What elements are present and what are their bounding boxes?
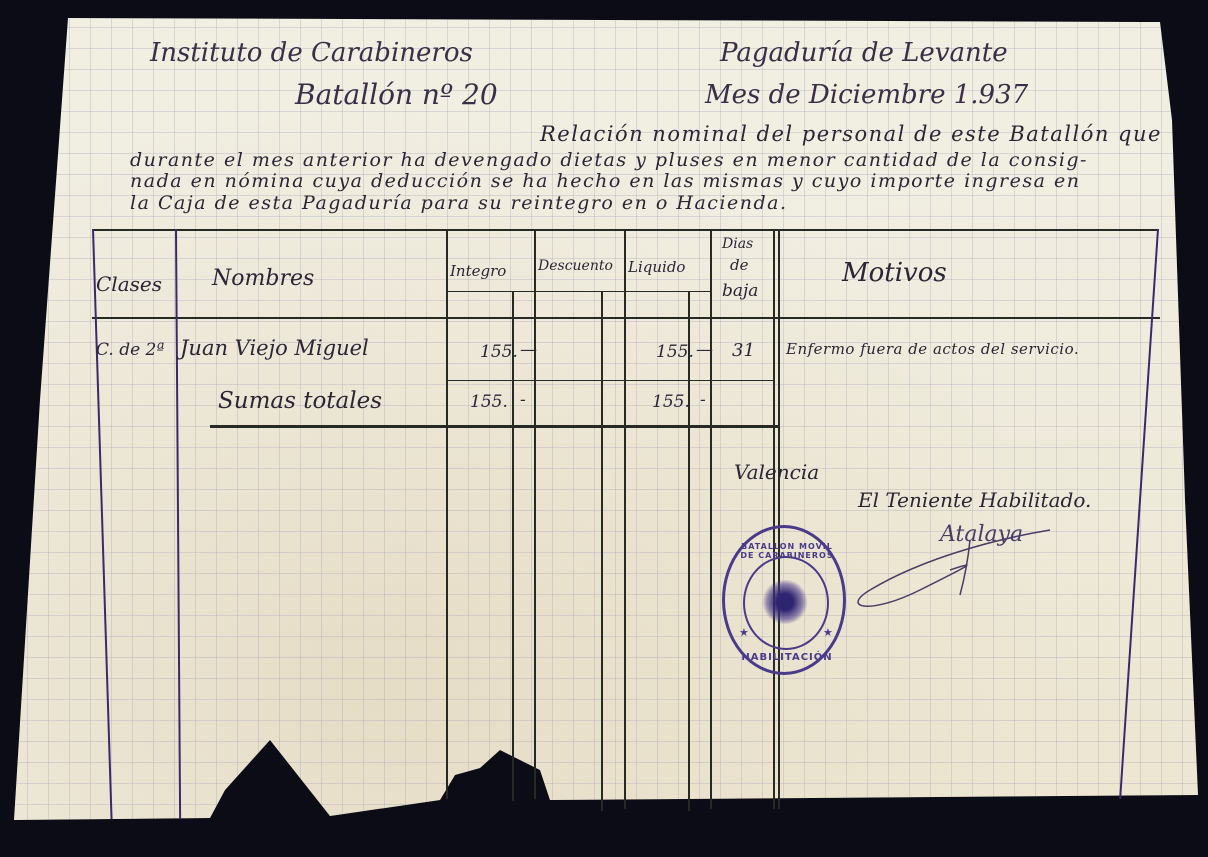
stamp-star-right-icon: ★ bbox=[823, 626, 834, 639]
col-liquido-cents bbox=[688, 291, 690, 811]
row-integro-cents: — bbox=[520, 340, 537, 360]
col-border-descuento bbox=[624, 229, 626, 809]
header-battalion: Batallón nº 20 bbox=[295, 78, 498, 111]
footer-place: Valencia bbox=[734, 460, 819, 484]
row-integro: 155. bbox=[480, 342, 518, 362]
header-institute: Instituto de Carabineros bbox=[150, 38, 473, 68]
footer-signatory-title: El Teniente Habilitado. bbox=[858, 488, 1091, 512]
intro-line-3: nada en nómina cuya deducción se ha hech… bbox=[130, 170, 1080, 192]
stamp-top-text: BATALLON MOVIL DE CARABINEROS bbox=[739, 542, 835, 560]
stamp-bottom-text: HABILITACIÓN bbox=[737, 652, 837, 663]
document-photo: Instituto de Carabineros Batallón nº 20 … bbox=[0, 0, 1208, 857]
row-liquido-cents: — bbox=[696, 340, 713, 360]
row-motivo: Enfermo fuera de actos del servicio. bbox=[786, 340, 1079, 358]
totals-label: Sumas totales bbox=[218, 388, 382, 414]
header-month: Mes de Diciembre 1.937 bbox=[705, 80, 1028, 110]
official-stamp: BATALLON MOVIL DE CARABINEROS HABILITACI… bbox=[722, 525, 846, 675]
intro-line-1: Relación nominal del personal de este Ba… bbox=[540, 122, 1162, 146]
row-clase: C. de 2ª bbox=[96, 340, 164, 360]
col-header-de: de bbox=[730, 256, 748, 274]
amount-subheader-line bbox=[447, 291, 711, 292]
col-header-nombres: Nombres bbox=[212, 266, 314, 291]
col-border-dias-b bbox=[778, 229, 780, 809]
row-nombre: Juan Viejo Miguel bbox=[180, 336, 369, 360]
col-border-integro bbox=[534, 229, 536, 799]
stamp-star-left-icon: ★ bbox=[739, 626, 750, 639]
col-integro-cents bbox=[512, 291, 514, 801]
totals-integro-cents: - bbox=[520, 390, 526, 410]
header-bottom-border bbox=[92, 317, 1160, 319]
col-border-dias-a bbox=[773, 229, 775, 809]
signature-flourish-icon bbox=[840, 520, 1060, 620]
col-header-descuento: Descuento bbox=[538, 258, 613, 274]
totals-underline bbox=[210, 425, 780, 428]
col-header-motivos: Motivos bbox=[842, 258, 947, 288]
col-header-clases: Clases bbox=[96, 272, 162, 296]
row-divider bbox=[447, 380, 775, 381]
totals-liquido-cents: - bbox=[700, 390, 706, 410]
col-header-liquido: Liquido bbox=[628, 258, 685, 276]
col-descuento-cents bbox=[601, 291, 603, 811]
header-paymaster: Pagaduría de Levante bbox=[720, 38, 1008, 68]
col-border-nombres bbox=[446, 229, 448, 799]
totals-liquido: 155. bbox=[652, 392, 690, 412]
intro-line-4: la Caja de esta Pagaduría para su reinte… bbox=[130, 192, 788, 214]
col-border-liquido bbox=[710, 229, 712, 809]
row-liquido: 155. bbox=[656, 342, 694, 362]
row-dias-baja: 31 bbox=[732, 340, 755, 361]
intro-line-2: durante el mes anterior ha devengado die… bbox=[130, 149, 1088, 171]
totals-integro: 155. bbox=[470, 392, 508, 412]
col-header-integro: Integro bbox=[450, 262, 506, 280]
col-header-dias: Dias bbox=[722, 236, 753, 252]
stamp-emblem-icon bbox=[761, 580, 809, 624]
col-header-baja: baja bbox=[722, 281, 758, 301]
